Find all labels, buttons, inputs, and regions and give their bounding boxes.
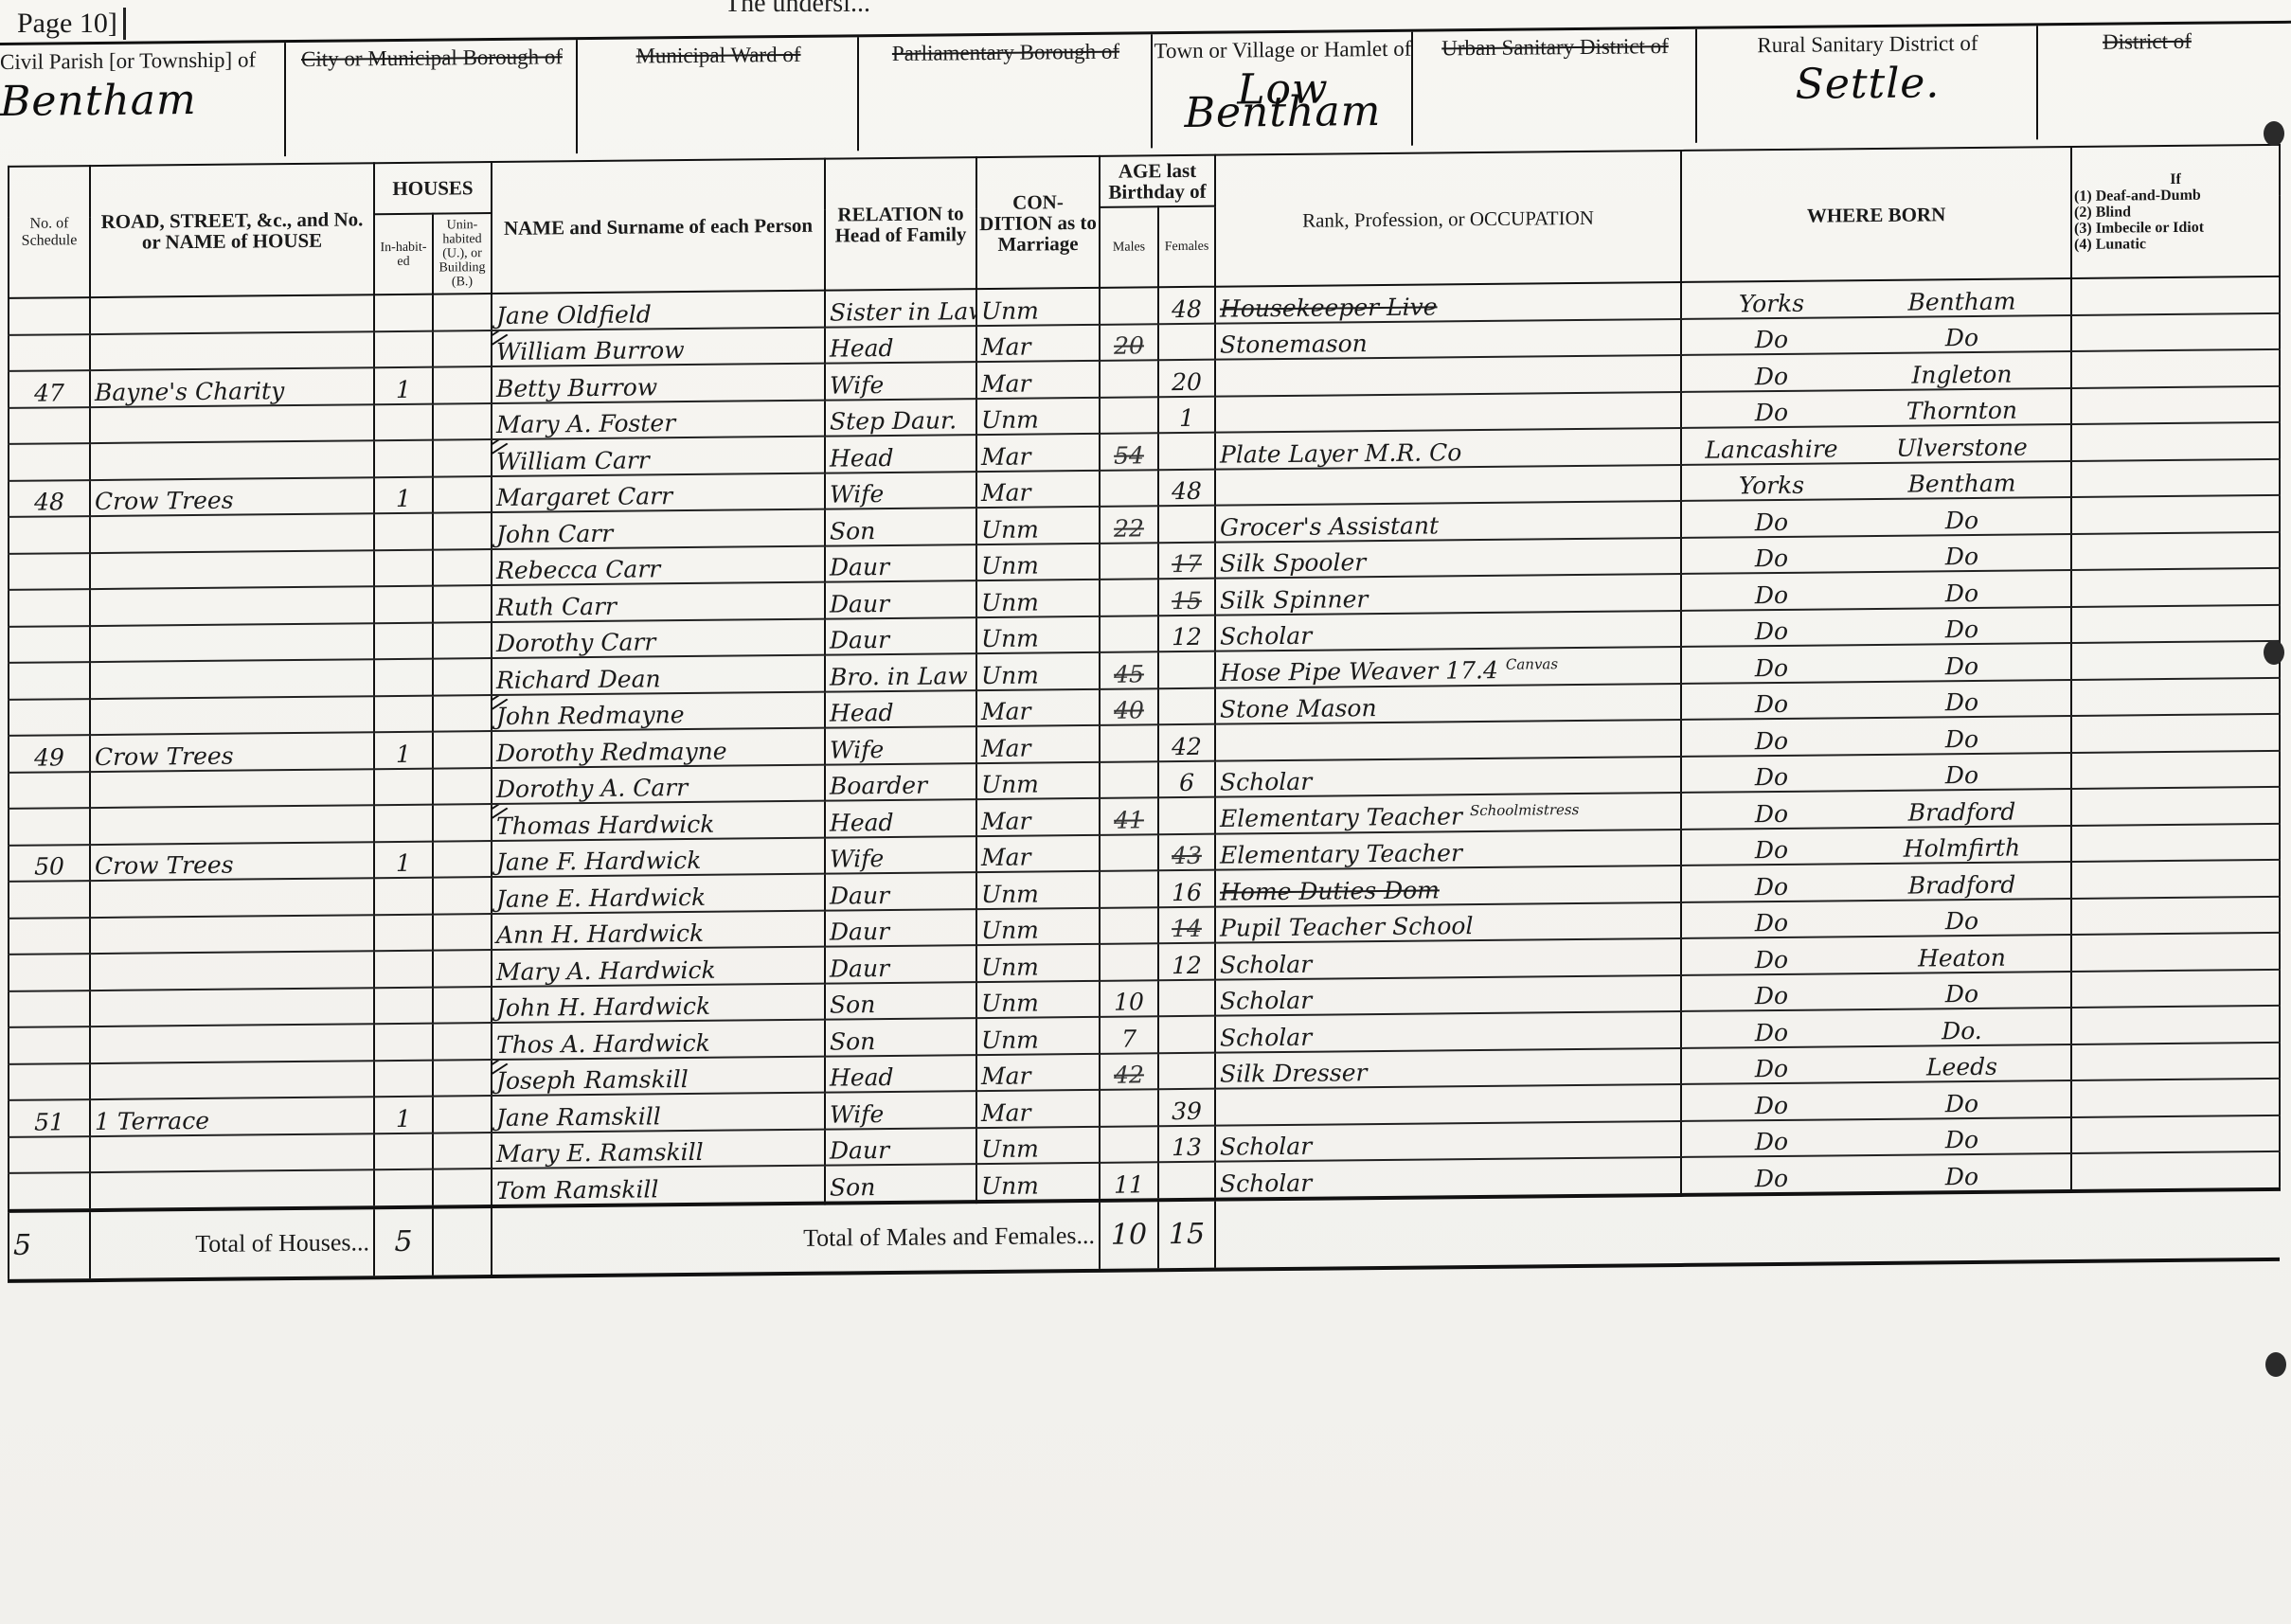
road-name xyxy=(90,1169,374,1209)
inhabited-count xyxy=(374,1169,433,1207)
occupation-annotation: Schoolmistress xyxy=(1470,801,1579,819)
inhabited-count xyxy=(374,330,433,367)
inhabited-count xyxy=(374,914,433,951)
male-age xyxy=(1100,834,1158,871)
person-name-text: Joseph Ramskill xyxy=(496,1065,689,1095)
male-age xyxy=(1100,1126,1158,1163)
road-name: Bayne's Charity xyxy=(90,367,374,406)
born-place: Bradford xyxy=(1857,870,2067,900)
road-name xyxy=(90,404,374,443)
person-name: Richard Dean xyxy=(492,655,825,695)
female-age: 48 xyxy=(1158,287,1215,324)
uninhabited-count xyxy=(433,622,492,659)
occupation: Scholar xyxy=(1215,1011,1681,1052)
admin-box: City or Municipal Borough of xyxy=(284,40,578,156)
schedule-number xyxy=(9,662,90,699)
where-born: DoDo xyxy=(1681,570,2071,610)
condition: Unm xyxy=(976,288,1100,326)
occupation xyxy=(1215,464,1681,505)
condition: Mar xyxy=(976,324,1100,362)
houses-total-value: 5 xyxy=(374,1206,433,1277)
condition: Mar xyxy=(976,798,1100,836)
occupation-text: Scholar xyxy=(1220,1023,1312,1051)
females-total: 15 xyxy=(1158,1199,1215,1270)
male-age: 11 xyxy=(1100,1162,1158,1200)
relation: Wife xyxy=(825,472,976,509)
occupation-text: Grocer's Assistant xyxy=(1220,511,1439,541)
inhabited-count xyxy=(374,1024,433,1061)
persons-total-label: Total of Males and Females... xyxy=(492,1200,1100,1276)
person-name: Mary A. Hardwick xyxy=(492,947,825,987)
born-place: Do xyxy=(1857,724,2067,754)
infirmity xyxy=(2071,823,2280,862)
occupation: Stone Mason xyxy=(1215,683,1681,723)
road-name xyxy=(90,550,374,589)
female-age xyxy=(1158,1016,1215,1053)
occupation: Stonemason xyxy=(1215,318,1681,359)
infirmity xyxy=(2071,714,2280,753)
female-age xyxy=(1158,651,1215,688)
condition: Unm xyxy=(976,761,1100,799)
infirmity xyxy=(2071,531,2280,570)
where-born: DoDo xyxy=(1681,1117,2071,1157)
female-age: 1 xyxy=(1158,396,1215,433)
inhabited-count: 1 xyxy=(374,732,433,769)
admin-box-label: Civil Parish [or Township] of xyxy=(0,48,284,74)
road-name: Crow Trees xyxy=(90,842,374,881)
where-born: DoBradford xyxy=(1681,789,2071,829)
inhabited-count xyxy=(374,403,433,440)
born-place: Do xyxy=(1857,760,2067,790)
uninhabited-count xyxy=(433,987,492,1024)
person-name-text: Margaret Carr xyxy=(496,482,672,511)
occupation-text: Scholar xyxy=(1220,768,1312,796)
relation: Daur xyxy=(825,544,976,582)
road-name xyxy=(90,659,374,698)
female-age xyxy=(1158,687,1215,724)
born-place: Do xyxy=(1857,615,2067,644)
infirmity xyxy=(2071,641,2280,680)
male-age xyxy=(1100,397,1158,434)
infirmity xyxy=(2071,1006,2280,1044)
occupation-text: Silk Spinner xyxy=(1220,585,1368,615)
born-place: Bentham xyxy=(1857,287,2067,316)
road-name xyxy=(90,1061,374,1099)
where-born: YorksBentham xyxy=(1681,278,2071,318)
schedule-number xyxy=(9,990,90,1027)
person-name-text: William Burrow xyxy=(496,336,685,366)
male-age xyxy=(1100,907,1158,944)
male-age: 42 xyxy=(1100,1053,1158,1090)
female-age: 42 xyxy=(1158,724,1215,761)
occupation-text: Housekeeper Live xyxy=(1220,293,1438,322)
admin-box-value xyxy=(2038,69,2256,71)
condition: Unm xyxy=(976,616,1100,653)
occupation-text: Scholar xyxy=(1220,622,1312,651)
infirmity xyxy=(2071,422,2280,461)
inhabited-count xyxy=(374,294,433,331)
born-county: Do xyxy=(1686,1054,1857,1083)
person-name: Mary E. Ramskill xyxy=(492,1129,825,1169)
col-infirmity: If (1) Deaf-and-Dumb (2) Blind (3) Imbec… xyxy=(2071,145,2280,278)
born-place: Ingleton xyxy=(1857,360,2067,389)
inhabited-count xyxy=(374,768,433,805)
where-born: DoDo. xyxy=(1681,1008,2071,1047)
person-name-text: Ruth Carr xyxy=(496,592,617,620)
uninhabited-count xyxy=(433,768,492,805)
admin-box-label: Parliamentary Borough of xyxy=(859,40,1153,65)
ink-blot xyxy=(2264,640,2284,665)
admin-box: District of xyxy=(2036,24,2256,139)
uninhabited-count xyxy=(433,1060,492,1097)
infirmity xyxy=(2071,1115,2280,1153)
occupation xyxy=(1215,1084,1681,1125)
uninhabited-count xyxy=(433,1169,492,1206)
infirmity xyxy=(2071,568,2280,607)
person-name: Jane E. Hardwick xyxy=(492,874,825,914)
born-place: Do. xyxy=(1857,1016,2067,1045)
infirmity xyxy=(2071,385,2280,424)
where-born: YorksBentham xyxy=(1681,461,2071,501)
condition: Mar xyxy=(976,725,1100,763)
inhabited-count xyxy=(374,1060,433,1097)
infirmity xyxy=(2071,1042,2280,1080)
relation: Head xyxy=(825,799,976,837)
admin-box-value: Settle. xyxy=(1697,71,2038,97)
uninhabited-count xyxy=(433,1133,492,1169)
infirmity xyxy=(2071,349,2280,388)
where-born: DoDo xyxy=(1681,1153,2071,1194)
admin-box: Civil Parish [or Township] ofBentham xyxy=(0,43,284,159)
occupation xyxy=(1215,391,1681,432)
female-age xyxy=(1158,797,1215,834)
born-county: Do xyxy=(1686,362,1857,391)
born-place: Bentham xyxy=(1857,469,2067,498)
col-uninhabited: Unin-habited (U.), or Building (B.) xyxy=(433,213,492,294)
relation: Daur xyxy=(825,945,976,983)
admin-box-value: Low Bentham xyxy=(1153,78,1413,126)
admin-box-value xyxy=(859,80,1153,82)
born-county: Do xyxy=(1686,1127,1857,1156)
road-name: 1 Terrace xyxy=(90,1097,374,1135)
admin-box: Parliamentary Borough of xyxy=(857,34,1153,151)
female-age xyxy=(1158,323,1215,360)
occupation: Elementary Teacher xyxy=(1215,829,1681,869)
where-born: DoDo xyxy=(1681,643,2071,683)
relation: Wife xyxy=(825,726,976,764)
admin-box-label: Town or Village or Hamlet of xyxy=(1153,38,1413,63)
schedule-number: 48 xyxy=(9,480,90,517)
col-name: NAME and Surname of each Person xyxy=(492,159,825,294)
person-name-text: Mary A. Foster xyxy=(496,409,675,438)
col-condition: CON-DITION as to Marriage xyxy=(976,156,1100,289)
born-county: Do xyxy=(1686,398,1857,427)
admin-box-label: Rural Sanitary District of xyxy=(1697,31,2038,57)
person-name: Betty Burrow xyxy=(492,364,825,403)
col-where-born: WHERE BORN xyxy=(1681,147,2071,282)
schedules-total-mark: 5 xyxy=(9,1210,90,1281)
occupation-text: Scholar xyxy=(1220,987,1312,1015)
uninhabited-count xyxy=(433,330,492,367)
person-name-text: Jane Ramskill xyxy=(496,1102,661,1132)
born-county: Do xyxy=(1686,689,1857,719)
born-place: Do xyxy=(1857,542,2067,571)
infirmity xyxy=(2071,604,2280,643)
occupation-text: Hose Pipe Weaver 17.4 xyxy=(1220,656,1498,687)
male-age xyxy=(1100,724,1158,761)
male-age: 10 xyxy=(1100,980,1158,1017)
born-place: Thornton xyxy=(1857,396,2067,425)
inhabited-count xyxy=(374,805,433,842)
where-born: DoHeaton xyxy=(1681,935,2071,974)
female-age xyxy=(1158,506,1215,543)
condition: Mar xyxy=(976,434,1100,472)
uninhabited-count xyxy=(433,439,492,476)
col-schedule: No. of Schedule xyxy=(9,166,90,298)
infirmity-item: (3) Imbecile or Idiot xyxy=(2074,219,2277,237)
occupation-text: Pupil Teacher School xyxy=(1220,912,1473,942)
admin-box-label: City or Municipal Borough of xyxy=(286,45,578,71)
occupation-text: Stone Mason xyxy=(1220,694,1377,723)
condition: Unm xyxy=(976,1017,1100,1055)
schedule-number xyxy=(9,808,90,845)
admin-box-label: Municipal Ward of xyxy=(578,43,859,68)
person-name-text: John Redmayne xyxy=(496,701,684,730)
person-name-text: Tom Ramskill xyxy=(496,1175,658,1205)
condition: Mar xyxy=(976,361,1100,399)
occupation xyxy=(1215,355,1681,396)
admin-box: Urban Sanitary District of xyxy=(1411,29,1697,146)
occupation: Scholar xyxy=(1215,610,1681,651)
occupation-text: Scholar xyxy=(1220,950,1312,978)
condition: Unm xyxy=(976,507,1100,544)
female-age xyxy=(1158,1162,1215,1200)
schedule-number xyxy=(9,1063,90,1100)
schedule-number: 50 xyxy=(9,845,90,882)
where-born: DoDo xyxy=(1681,899,2071,938)
person-name-text: Thos A. Hardwick xyxy=(496,1028,710,1058)
road-name xyxy=(90,769,374,808)
infirmity-item: (1) Deaf-and-Dumb xyxy=(2074,187,2277,205)
uninhabited-count xyxy=(433,877,492,914)
person-name-text: Ann H. Hardwick xyxy=(496,919,704,949)
person-name-text: John H. Hardwick xyxy=(496,992,710,1022)
uninhabited-count xyxy=(433,1096,492,1133)
female-age: 48 xyxy=(1158,469,1215,506)
col-age: AGE last Birthday of xyxy=(1100,155,1215,207)
where-born: DoDo xyxy=(1681,497,2071,537)
top-partial-text: The undersi... xyxy=(725,0,870,19)
male-age xyxy=(1100,616,1158,652)
condition: Unm xyxy=(976,907,1100,945)
female-age: 12 xyxy=(1158,943,1215,980)
uninhabited-count xyxy=(433,366,492,403)
condition: Mar xyxy=(976,470,1100,508)
born-place: Holmfirth xyxy=(1857,833,2067,863)
male-age xyxy=(1100,543,1158,580)
female-age: 13 xyxy=(1158,1125,1215,1162)
infirmity-item: (2) Blind xyxy=(2074,203,2277,221)
relation: Son xyxy=(825,982,976,1020)
female-age: 15 xyxy=(1158,579,1215,616)
born-county: Do xyxy=(1686,508,1857,537)
inhabited-count xyxy=(374,622,433,659)
where-born: DoDo xyxy=(1681,716,2071,756)
occupation-text: Plate Layer M.R. Co xyxy=(1220,438,1461,468)
relation: Wife xyxy=(825,362,976,400)
infirmity xyxy=(2071,277,2280,315)
where-born: DoHolmfirth xyxy=(1681,826,2071,866)
occupation-text: Silk Dresser xyxy=(1220,1059,1367,1087)
female-age: 12 xyxy=(1158,615,1215,651)
where-born: DoThornton xyxy=(1681,388,2071,428)
born-county: Do xyxy=(1686,544,1857,573)
where-born: DoDo xyxy=(1681,315,2071,355)
infirmity-title: If xyxy=(2074,170,2277,188)
inhabited-count xyxy=(374,1133,433,1169)
admin-box-label: District of xyxy=(2038,29,2256,54)
inhabited-count xyxy=(374,987,433,1024)
born-county: Do xyxy=(1686,799,1857,829)
uninhabited-count xyxy=(433,731,492,768)
road-name xyxy=(90,623,374,662)
occupation: Hose Pipe Weaver 17.4Canvas xyxy=(1215,647,1681,687)
inhabited-count: 1 xyxy=(374,476,433,513)
male-age xyxy=(1100,870,1158,907)
col-road: ROAD, STREET, &c., and No. or NAME of HO… xyxy=(90,163,374,297)
schedule-number xyxy=(9,1026,90,1063)
occupation: Scholar xyxy=(1215,1157,1681,1199)
born-place: Do xyxy=(1857,651,2067,681)
where-born: LancashireUlverstone xyxy=(1681,424,2071,464)
schedule-number xyxy=(9,1136,90,1173)
born-county: Do xyxy=(1686,945,1857,974)
relation: Daur xyxy=(825,1128,976,1166)
born-county: Do xyxy=(1686,726,1857,756)
born-place: Do xyxy=(1857,323,2067,352)
person-name: Ann H. Hardwick xyxy=(492,910,825,950)
where-born: DoBradford xyxy=(1681,862,2071,901)
col-females: Females xyxy=(1158,206,1215,288)
person-name-text: Jane F. Hardwick xyxy=(496,847,701,876)
person-name: Mary A. Foster xyxy=(492,400,825,439)
occupation: Silk Dresser xyxy=(1215,1047,1681,1088)
person-name-text: Dorothy Redmayne xyxy=(496,737,727,766)
inhabited-count xyxy=(374,951,433,988)
born-place: Do xyxy=(1857,1162,2067,1191)
uninhabited-count xyxy=(433,403,492,440)
born-county: Do xyxy=(1686,835,1857,865)
where-born: DoDo xyxy=(1681,753,2071,793)
born-place: Do xyxy=(1857,1125,2067,1154)
road-name xyxy=(90,805,374,844)
infirmity-item: (4) Lunatic xyxy=(2074,235,2277,253)
col-occupation: Rank, Profession, or OCCUPATION xyxy=(1215,151,1681,287)
female-age: 16 xyxy=(1158,870,1215,907)
born-place: Do xyxy=(1857,506,2067,535)
condition: Unm xyxy=(976,580,1100,617)
person-name-text: Mary A. Hardwick xyxy=(496,955,716,985)
occupation: Elementary TeacherSchoolmistress xyxy=(1215,793,1681,833)
infirmity xyxy=(2071,933,2280,972)
male-age: 22 xyxy=(1100,506,1158,543)
schedule-number xyxy=(9,699,90,736)
born-county: Do xyxy=(1686,762,1857,792)
condition: Unm xyxy=(976,980,1100,1018)
col-houses: HOUSES xyxy=(374,162,492,214)
relation: Son xyxy=(825,1018,976,1056)
female-age xyxy=(1158,433,1215,470)
person-name: Margaret Carr xyxy=(492,473,825,512)
female-age: 20 xyxy=(1158,360,1215,397)
male-age: 54 xyxy=(1100,433,1158,470)
schedule-number xyxy=(9,516,90,553)
schedule-number xyxy=(9,297,90,334)
inhabited-count xyxy=(374,659,433,696)
road-name: Crow Trees xyxy=(90,732,374,771)
infirmity xyxy=(2071,787,2280,826)
admin-box: Rural Sanitary District ofSettle. xyxy=(1695,26,2038,142)
inhabited-count: 1 xyxy=(374,367,433,404)
born-county: Do xyxy=(1686,1164,1857,1193)
condition: Unm xyxy=(976,1163,1100,1202)
road-name: Crow Trees xyxy=(90,477,374,516)
road-name xyxy=(90,331,374,370)
occupation: Pupil Teacher School xyxy=(1215,901,1681,942)
male-age: 40 xyxy=(1100,688,1158,725)
born-place: Do xyxy=(1857,1089,2067,1118)
infirmity xyxy=(2071,969,2280,1008)
infirmity xyxy=(2071,312,2280,351)
condition: Unm xyxy=(976,397,1100,435)
born-place: Do xyxy=(1857,687,2067,717)
person-name-text: Mary E. Ramskill xyxy=(496,1138,704,1168)
female-age xyxy=(1158,979,1215,1016)
female-age: 17 xyxy=(1158,542,1215,579)
where-born: DoDo xyxy=(1681,972,2071,1011)
uninhabited-count xyxy=(433,950,492,987)
where-born: DoIngleton xyxy=(1681,351,2071,391)
person-name-text: Dorothy Carr xyxy=(496,628,655,657)
born-county: Lancashire xyxy=(1686,435,1857,464)
road-name xyxy=(90,294,374,333)
male-age xyxy=(1100,470,1158,507)
male-age xyxy=(1100,943,1158,980)
road-name xyxy=(90,951,374,990)
col-males: Males xyxy=(1100,206,1158,288)
schedule-number: 47 xyxy=(9,370,90,407)
person-name: Rebecca Carr xyxy=(492,545,825,585)
relation: Wife xyxy=(825,836,976,874)
person-name: John H. Hardwick xyxy=(492,983,825,1023)
road-name xyxy=(90,586,374,625)
schedule-number xyxy=(9,589,90,626)
born-county: Do xyxy=(1686,872,1857,901)
person-name-text: Dorothy A. Carr xyxy=(496,774,688,803)
person-name-text: Jane E. Hardwick xyxy=(496,883,706,912)
person-name: Dorothy Carr xyxy=(492,618,825,658)
page-number: Page 10] xyxy=(17,8,126,40)
uninhabited-count xyxy=(433,914,492,951)
male-age: 41 xyxy=(1100,797,1158,834)
occupation-text: Scholar xyxy=(1220,1133,1312,1161)
males-total: 10 xyxy=(1100,1200,1158,1271)
male-age: 20 xyxy=(1100,324,1158,361)
ink-blot xyxy=(2264,121,2284,146)
relation: Sister in Law xyxy=(825,289,976,327)
occupation-text: Home Duties Dom xyxy=(1220,876,1440,905)
inhabited-count xyxy=(374,586,433,623)
